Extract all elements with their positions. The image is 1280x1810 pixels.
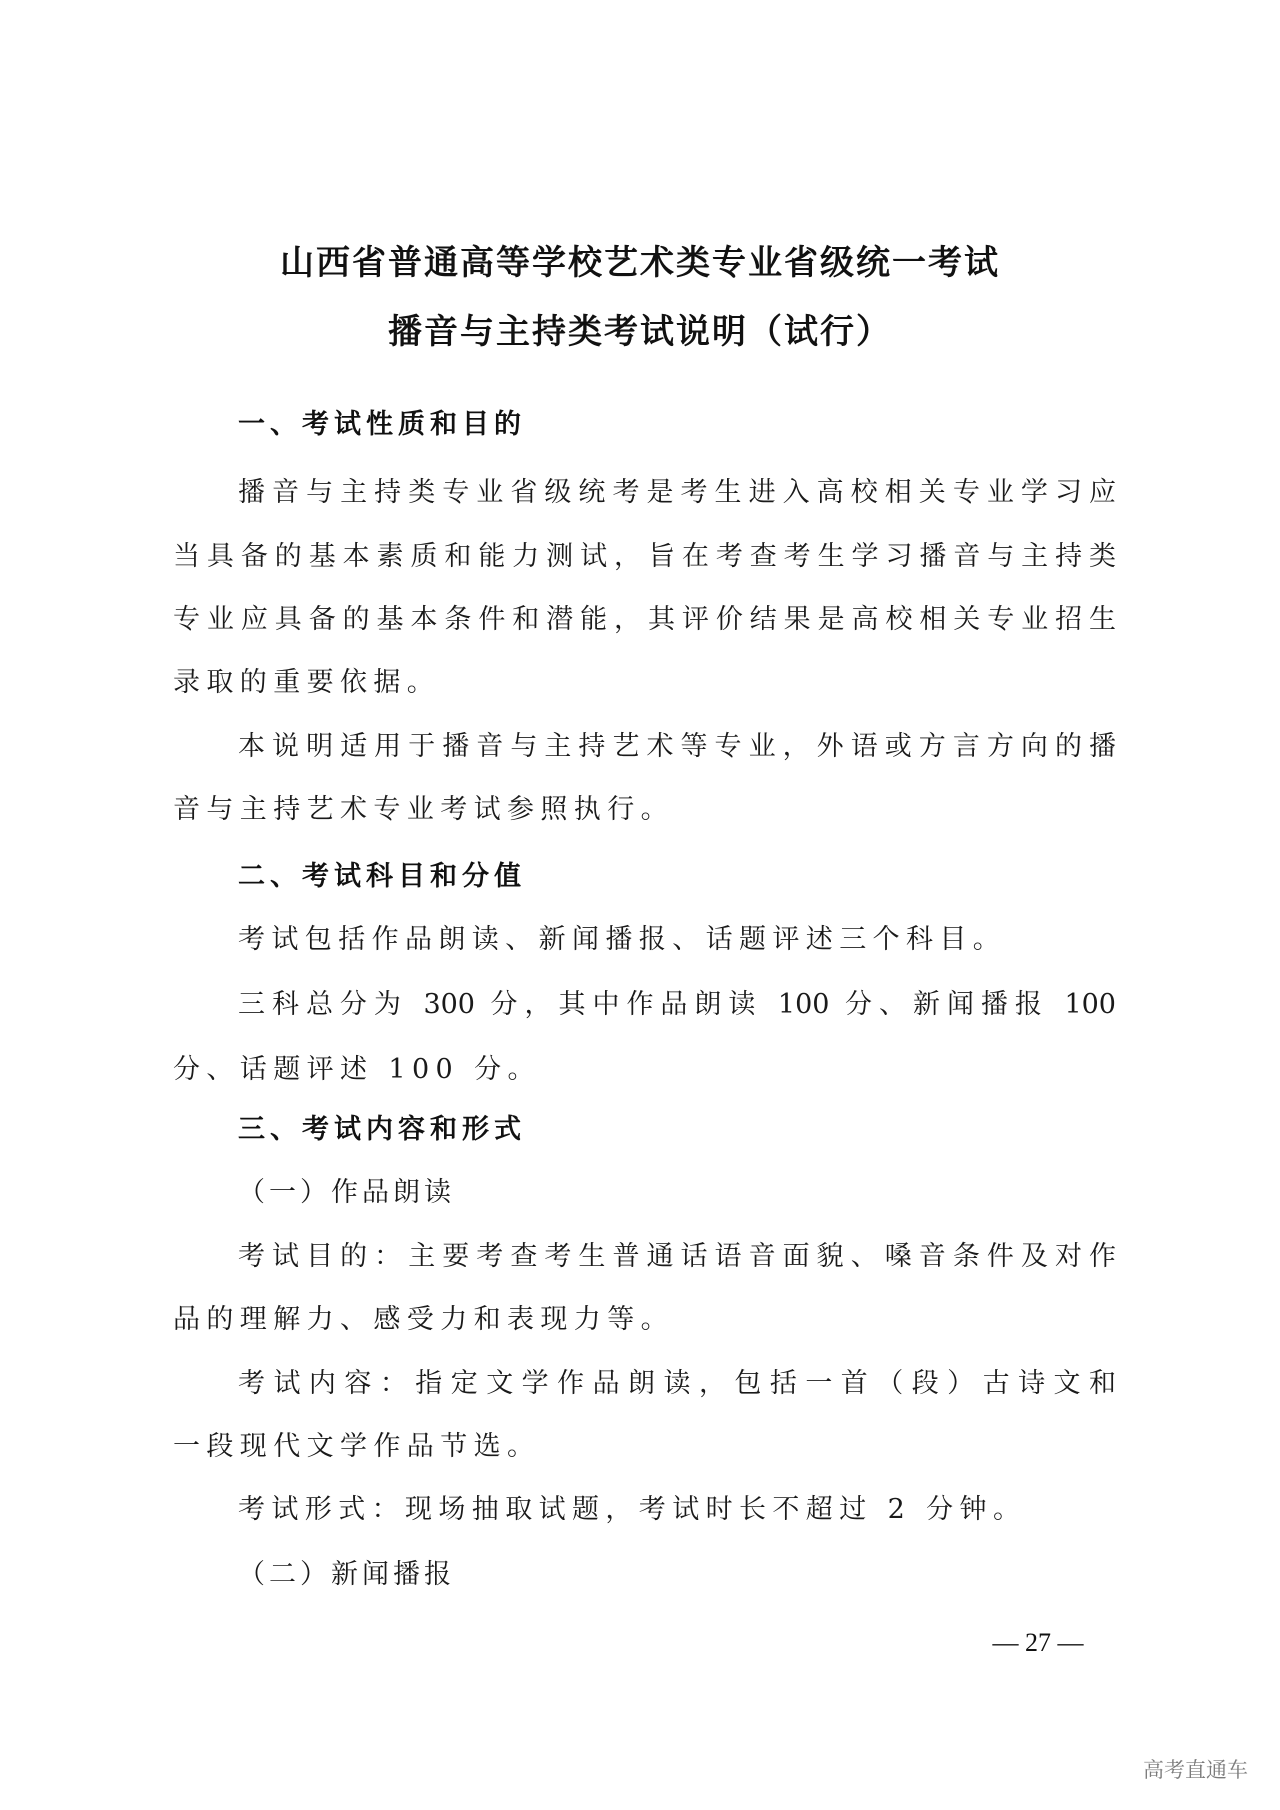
section-2-para-1-line-1: 考试包括作品朗读、新闻播报、话题评述三个科目。 <box>238 920 1116 960</box>
section-1-para-1-line-1: 播音与主持类专业省级统考是考生进入高校相关专业学习应 <box>238 473 1116 513</box>
subsection-2-heading: （二）新闻播报 <box>238 1555 455 1595</box>
subsection-1-content-line-2: 一段现代文学作品节选。 <box>173 1427 1116 1467</box>
watermark: 高考直通车 <box>1143 1756 1248 1784</box>
subsection-1-content-line-1: 考试内容：指定文学作品朗读，包括一首（段）古诗文和 <box>238 1364 1116 1404</box>
section-1-para-1-line-4: 录取的重要依据。 <box>173 663 1116 703</box>
section-2-para-2-line-1: 三科总分为 300 分，其中作品朗读 100 分、新闻播报 100 <box>238 985 1116 1025</box>
section-1-para-2-line-2: 音与主持艺术专业考试参照执行。 <box>173 790 1116 830</box>
section-3-heading: 三、考试内容和形式 <box>238 1110 526 1150</box>
section-2-para-2-line-2: 分、话题评述 100 分。 <box>173 1050 1116 1090</box>
section-1-para-1-line-2: 当具备的基本素质和能力测试，旨在考查考生学习播音与主持类 <box>173 537 1116 577</box>
section-2-heading: 二、考试科目和分值 <box>238 857 526 897</box>
document-title-line-1: 山西省普通高等学校艺术类专业省级统一考试 <box>0 243 1280 283</box>
document-page: 山西省普通高等学校艺术类专业省级统一考试 播音与主持类考试说明（试行） 一、考试… <box>0 0 1280 1810</box>
page-number: — 27 — <box>978 1623 1098 1663</box>
subsection-1-purpose-line-1: 考试目的：主要考查考生普通话语音面貌、嗓音条件及对作 <box>238 1237 1116 1277</box>
section-1-para-1-line-3: 专业应具备的基本条件和潜能，其评价结果是高校相关专业招生 <box>173 600 1116 640</box>
subsection-1-purpose-line-2: 品的理解力、感受力和表现力等。 <box>173 1300 1116 1340</box>
document-title-line-2: 播音与主持类考试说明（试行） <box>0 312 1280 352</box>
section-1-para-2-line-1: 本说明适用于播音与主持艺术等专业，外语或方言方向的播 <box>238 727 1116 767</box>
subsection-1-heading: （一）作品朗读 <box>238 1173 455 1213</box>
subsection-1-format-line-1: 考试形式：现场抽取试题，考试时长不超过 2 分钟。 <box>238 1490 1116 1530</box>
section-1-heading: 一、考试性质和目的 <box>238 405 526 445</box>
